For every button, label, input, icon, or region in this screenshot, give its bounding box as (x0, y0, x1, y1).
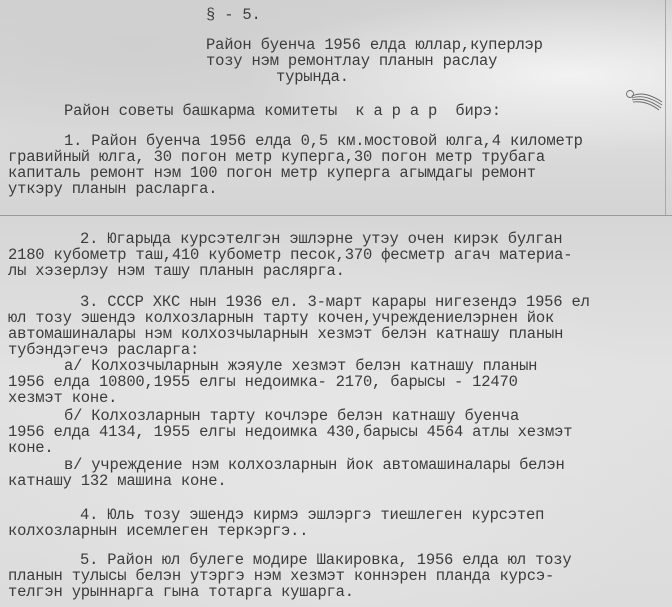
item-4-line: 4. Юль тозу эшендэ кирмэ эшлэргэ тиешлег… (80, 508, 544, 523)
item-2-line: 2. Югарыда курсэтелгэн эшлэрне утэу очен… (80, 232, 562, 247)
item-1-line: уткэру планын расларга. (8, 182, 217, 197)
item-1-line: капиталь ремонт нэм 100 погон метр купер… (8, 166, 536, 181)
item-3a-line: 1956 елда 10800,1955 елгы недоимка- 2170… (8, 375, 518, 390)
item-3a-line: а/ Колхозчыларнын жэяуле хезмэт белэн ка… (64, 359, 537, 374)
ink-mark-icon (624, 86, 664, 112)
item-5-line: телгэн урыннарга гына тотарга кушарга. (8, 585, 354, 600)
item-1-line: гравийный юлга, 30 погон метр куперга,30… (8, 150, 545, 165)
item-5-line: планын тулысы белэн утэргэ нэм хезмэт ко… (8, 569, 554, 584)
item-1-line: 1. Район буенча 1956 елда 0,5 км.мостово… (64, 134, 583, 149)
item-4-line: колхозларнын исемлеген теркэргэ.. (8, 524, 308, 539)
item-3-line: автомашиналары нэм колхозчыларнын хезмэт… (8, 327, 563, 342)
item-3c-line: в/ учреждение нэм колхозларнын йок автом… (64, 458, 565, 473)
item-3c-line: катнашу 132 машина коне. (8, 474, 226, 489)
item-3b-line: 1956 елда 4134, 1955 елгы недоимка 430,б… (8, 425, 572, 440)
title-line: тозу нэм ремонтлау планын раслау (206, 54, 497, 69)
item-3-line: тубэндэгечэ расларга: (8, 343, 199, 358)
item-2-line: 2180 кубометр таш,410 кубометр песок,370… (8, 248, 572, 263)
item-5-line: 5. Район юл булеге модире Шакировка, 195… (80, 553, 571, 568)
paper-edge (665, 0, 666, 215)
item-2-line: лы хэзерлэу нэм ташу планын раслярга. (8, 264, 345, 279)
item-3-line: юл тозу эшендэ колхозларнын тарту кочен,… (8, 311, 554, 326)
item-3b-line: коне. (8, 441, 54, 456)
section-number: § - 5. (206, 8, 261, 23)
item-3a-line: хезмэт коне. (8, 391, 117, 406)
preamble: Район советы башкарма комитеты к а р а р… (64, 104, 501, 119)
title-line: турында. (276, 70, 349, 85)
item-3-line: 3. СССР ХКС нын 1936 ел. 3-март карары н… (80, 295, 590, 310)
title-line: Район буенча 1956 елда юллар,куперлэр (206, 38, 543, 53)
item-3b-line: б/ Колхозларнын тарту кочлэре белэн катн… (64, 409, 519, 424)
